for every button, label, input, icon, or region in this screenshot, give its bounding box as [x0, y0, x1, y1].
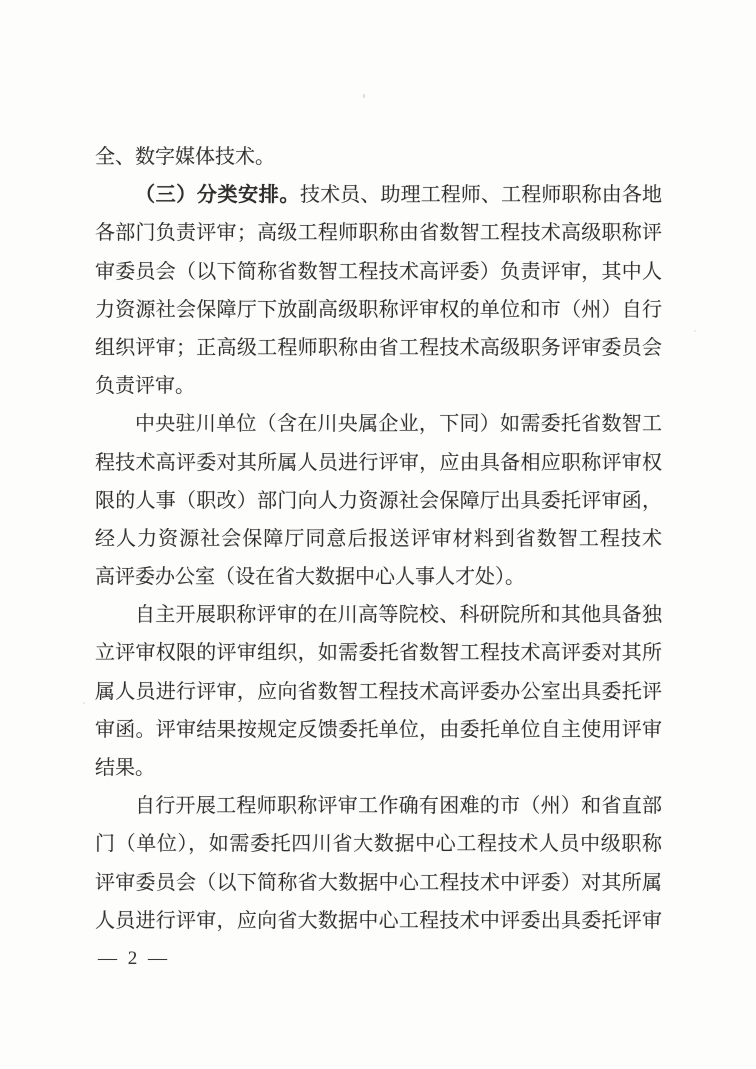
line-text: 全、数字媒体技术。	[95, 146, 275, 168]
text-line: 审函。评审结果按规定反馈委托单位，由委托单位自主使用评审	[95, 711, 662, 749]
line-text: 审函。评审结果按规定反馈委托单位，由委托单位自主使用评审	[95, 719, 662, 741]
scan-noise-speck	[694, 330, 696, 332]
line-text: 自行开展工程师职称评审工作确有困难的市（州）和省直部	[135, 795, 662, 817]
line-text: 高评委办公室（设在省大数据中心人事人才处）。	[95, 566, 525, 588]
text-line: 力资源社会保障厅下放副高级职称评审权的单位和市（州）自行	[95, 291, 662, 329]
line-text: 限的人事（职改）部门向人力资源社会保障厅出具委托评审函，	[95, 490, 662, 512]
line-text: 组织评审；正高级工程师职称由省工程技术高级职务评审委员会	[95, 337, 662, 359]
text-line: 经人力资源社会保障厅同意后报送评审材料到省数智工程技术	[95, 520, 662, 558]
text-line: 评审委员会（以下简称省大数据中心工程技术中评委）对其所属	[95, 864, 662, 902]
text-line: 中央驻川单位（含在川央属企业，下同）如需委托省数智工	[95, 405, 662, 443]
text-line: 门（单位），如需委托四川省大数据中心工程技术人员中级职称	[95, 825, 662, 863]
text-line: （三）分类安排。技术员、助理工程师、工程师职称由各地	[95, 176, 662, 214]
scan-noise-speck	[363, 94, 365, 98]
line-text: 技术员、助理工程师、工程师职称由各地	[300, 184, 662, 206]
line-text: 人员进行评审，应向省大数据中心工程技术中评委出具委托评审	[95, 910, 662, 932]
line-text: 经人力资源社会保障厅同意后报送评审材料到省数智工程技术	[95, 528, 662, 550]
line-text: 评审委员会（以下简称省大数据中心工程技术中评委）对其所属	[95, 872, 662, 894]
text-line: 组织评审；正高级工程师职称由省工程技术高级职务评审委员会	[95, 329, 662, 367]
text-line: 审委员会（以下简称省数智工程技术高评委）负责评审，其中人	[95, 253, 662, 291]
line-text: 程技术高评委对其所属人员进行评审，应由具备相应职称评审权	[95, 452, 662, 474]
text-line: 自主开展职称评审的在川高等院校、科研院所和其他具备独	[95, 596, 662, 634]
line-text: 力资源社会保障厅下放副高级职称评审权的单位和市（州）自行	[95, 299, 662, 321]
text-line: 负责评审。	[95, 367, 662, 405]
text-line: 各部门负责评审；高级工程师职称由省数智工程技术高级职称评	[95, 214, 662, 252]
text-line: 自行开展工程师职称评审工作确有困难的市（州）和省直部	[95, 787, 662, 825]
page-number: — 2 —	[98, 948, 170, 970]
text-line: 立评审权限的评审组织，如需委托省数智工程技术高评委对其所	[95, 634, 662, 672]
line-text: 门（单位），如需委托四川省大数据中心工程技术人员中级职称	[95, 833, 662, 855]
line-text: 各部门负责评审；高级工程师职称由省数智工程技术高级职称评	[95, 222, 662, 244]
line-text: 属人员进行评审，应向省数智工程技术高评委办公室出具委托评	[95, 681, 662, 703]
line-text: 结果。	[95, 757, 155, 779]
text-line: 高评委办公室（设在省大数据中心人事人才处）。	[95, 558, 662, 596]
scanned-document-page: 全、数字媒体技术。（三）分类安排。技术员、助理工程师、工程师职称由各地各部门负责…	[0, 0, 756, 1069]
text-line: 限的人事（职改）部门向人力资源社会保障厅出具委托评审函，	[95, 482, 662, 520]
text-line: 属人员进行评审，应向省数智工程技术高评委办公室出具委托评	[95, 673, 662, 711]
line-text: 中央驻川单位（含在川央属企业，下同）如需委托省数智工	[135, 413, 662, 435]
line-text: 自主开展职称评审的在川高等院校、科研院所和其他具备独	[135, 604, 662, 626]
text-line: 全、数字媒体技术。	[95, 138, 662, 176]
line-text: 审委员会（以下简称省数智工程技术高评委）负责评审，其中人	[95, 261, 662, 283]
text-line: 结果。	[95, 749, 662, 787]
scan-noise-speck	[83, 702, 85, 704]
paragraph-lead-bold: （三）分类安排。	[135, 184, 300, 206]
text-line: 人员进行评审，应向省大数据中心工程技术中评委出具委托评审	[95, 902, 662, 940]
document-body: 全、数字媒体技术。（三）分类安排。技术员、助理工程师、工程师职称由各地各部门负责…	[95, 138, 662, 940]
line-text: 立评审权限的评审组织，如需委托省数智工程技术高评委对其所	[95, 642, 662, 664]
text-line: 程技术高评委对其所属人员进行评审，应由具备相应职称评审权	[95, 444, 662, 482]
line-text: 负责评审。	[95, 375, 195, 397]
